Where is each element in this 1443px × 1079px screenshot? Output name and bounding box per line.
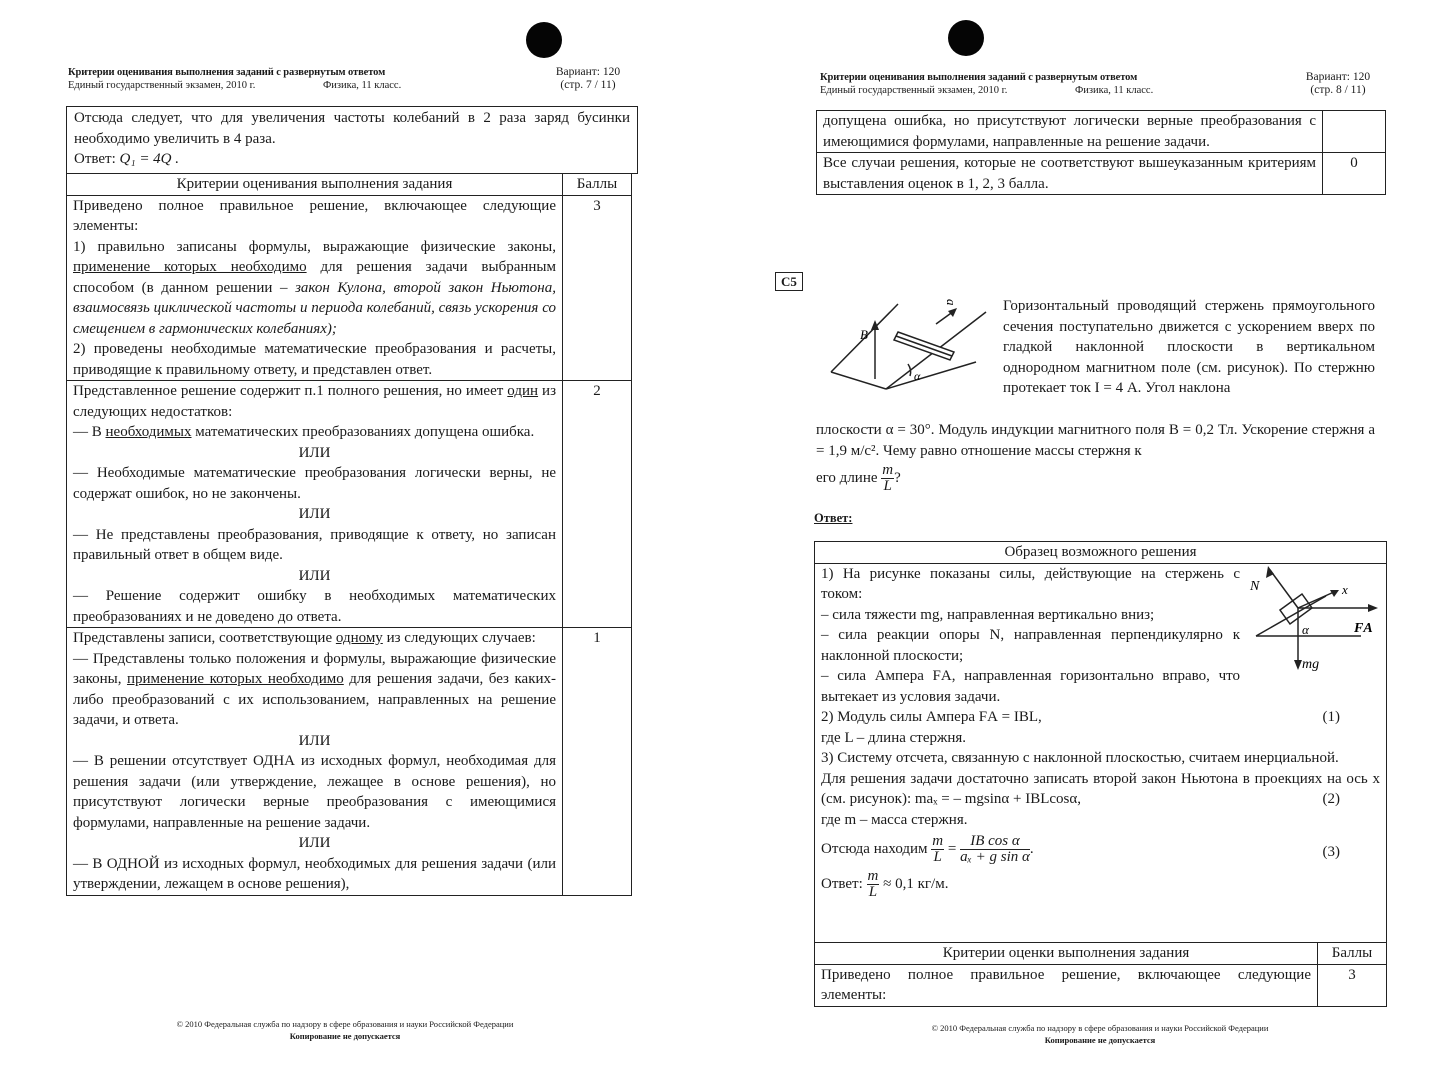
figure-label-FA: FА [1353, 621, 1373, 636]
solution-step-2: 2) Модуль силы Ампера FА = IBL, [821, 709, 1042, 725]
criteria-text: — Не представлены преобразования, привод… [73, 525, 556, 566]
page-header: Критерии оценивания выполнения заданий с… [820, 71, 1240, 97]
header-page: (стр. 8 / 11) [1298, 84, 1378, 97]
fraction-denominator: L [881, 479, 894, 494]
fraction-denominator: aₓ + g sin α [960, 850, 1030, 865]
or-separator: ИЛИ [73, 731, 556, 752]
or-separator: ИЛИ [73, 833, 556, 854]
criteria-text: Все случаи решения, которые не соответст… [817, 153, 1323, 195]
fraction-numerator: m [931, 834, 944, 850]
table-row: Все случаи решения, которые не соответст… [817, 153, 1386, 195]
criteria-text: — В [73, 424, 106, 440]
solution-step-3: 3) Систему отсчета, связанную с наклонно… [821, 748, 1380, 769]
figure-label-alpha: α [1302, 622, 1310, 637]
binder-hole [948, 20, 984, 56]
criteria-table: Критерии оценивания выполнения задания Б… [66, 173, 632, 896]
equation-number: (3) [1323, 842, 1381, 863]
intro-box: Отсюда следует, что для увеличения часто… [66, 106, 638, 174]
page-footer: © 2010 Федеральная служба по надзору в с… [110, 1018, 580, 1042]
header-title: Критерии оценивания выполнения заданий с… [68, 66, 488, 79]
footer-notice: Копирование не допускается [110, 1030, 580, 1042]
criteria-text-underlined: одному [336, 630, 383, 646]
figure-label-a: a [944, 299, 959, 306]
fraction-denominator: L [867, 885, 880, 900]
figure-label-x: x [1341, 582, 1348, 597]
table-row: Представленное решение содержит п.1 полн… [67, 381, 632, 628]
equation-number: (1) [1323, 707, 1381, 728]
header-title: Критерии оценивания выполнения заданий с… [820, 71, 1240, 84]
score-cell: 0 [1323, 153, 1386, 195]
or-separator: ИЛИ [73, 504, 556, 525]
criteria-text: математических преобразованиях допущена … [192, 424, 535, 440]
page-8: Критерии оценивания выполнения заданий с… [720, 0, 1443, 1079]
footer-notice: Копирование не допускается [860, 1034, 1340, 1046]
criteria-text-underlined: один [507, 383, 538, 399]
criteria-text: — Необходимые математические преобразова… [73, 463, 556, 504]
figure-label-mg: mg [1302, 657, 1319, 672]
fraction-denominator: L [931, 850, 944, 865]
criteria-table-continued: допущена ошибка, но присутствуют логичес… [816, 110, 1386, 195]
incline-rail-figure: B a α [826, 294, 1006, 394]
header-variant: Вариант: 120 [548, 66, 628, 79]
criteria-text: Приведено полное правильное решение, вкл… [73, 196, 556, 237]
solution-step-4b: где m – масса стержня. [821, 810, 1380, 831]
header-exam: Единый государственный экзамен, 2010 г. [820, 84, 1075, 97]
fraction-numerator: m [867, 869, 880, 885]
page-header: Критерии оценивания выполнения заданий с… [68, 66, 488, 92]
col-criteria-header: Критерии оценивания выполнения задания [67, 174, 563, 196]
col-criteria-header: Критерии оценки выполнения задания [815, 943, 1318, 965]
table-row: допущена ошибка, но присутствуют логичес… [817, 111, 1386, 153]
criteria-text: — В решении отсутствует ОДНА из исходных… [73, 751, 556, 833]
table-row: Представлены записи, соответствующие одн… [67, 628, 632, 896]
answer-label: Ответ: [814, 511, 852, 526]
or-separator: ИЛИ [73, 566, 556, 587]
header-page: (стр. 7 / 11) [548, 79, 628, 92]
col-score-header: Баллы [1318, 943, 1387, 965]
criteria-text: допущена ошибка, но присутствуют логичес… [817, 111, 1323, 153]
header-exam: Единый государственный экзамен, 2010 г. [68, 79, 323, 92]
score-cell: 3 [563, 195, 632, 381]
criteria-text: — Решение содержит ошибку в необходимых … [73, 586, 556, 627]
criteria-text: 1) правильно записаны формулы, выражающи… [73, 239, 556, 255]
criteria-text: Представлены записи, соответствующие [73, 630, 336, 646]
criteria-text: Представленное решение содержит п.1 полн… [73, 383, 507, 399]
solution-title: Образец возможного решения [815, 542, 1386, 564]
answer-label: Ответ: [821, 876, 863, 892]
figure-label-N: N [1249, 579, 1260, 594]
task-question-text: его длине [816, 470, 878, 486]
header-subject: Физика, 11 класс. [323, 79, 401, 92]
answer-formula: Q₁ = 4Q . [120, 151, 180, 167]
criteria-text: — В ОДНОЙ из исходных формул, необходимы… [73, 854, 556, 895]
score-cell [1323, 111, 1386, 153]
question-mark: ? [894, 470, 901, 486]
page-7: Критерии оценивания выполнения заданий с… [0, 0, 720, 1079]
score-cell: 3 [1318, 964, 1387, 1006]
footer-copyright: © 2010 Федеральная служба по надзору в с… [860, 1022, 1340, 1034]
footer-copyright: © 2010 Федеральная служба по надзору в с… [110, 1018, 580, 1030]
task-label: C5 [775, 272, 803, 291]
criteria-text: 2) проведены необходимые математические … [73, 339, 556, 380]
criteria-text-underlined: необходимых [106, 424, 192, 440]
task-text-bottom: плоскости α = 30°. Модуль индукции магни… [816, 420, 1375, 461]
or-separator: ИЛИ [73, 443, 556, 464]
criteria-text-underlined: применение которых необходимо [73, 259, 307, 275]
intro-text: Отсюда следует, что для увеличения часто… [74, 108, 630, 149]
solution-box: Образец возможного решения N x [814, 541, 1387, 943]
figure-label-B: B [860, 327, 868, 342]
table-row: Приведено полное правильное решение, вкл… [67, 195, 632, 381]
criteria-text: из следующих случаев: [383, 630, 536, 646]
header-variant-block: Вариант: 120 (стр. 7 / 11) [548, 66, 628, 92]
header-subject: Физика, 11 класс. [1075, 84, 1153, 97]
col-score-header: Баллы [563, 174, 632, 196]
binder-hole [526, 22, 562, 58]
score-cell: 2 [563, 381, 632, 628]
page-footer: © 2010 Федеральная служба по надзору в с… [860, 1022, 1340, 1046]
equation-number: (2) [1323, 789, 1381, 810]
table-row: Приведено полное правильное решение, вкл… [815, 964, 1387, 1006]
answer-label: Ответ: [74, 151, 116, 167]
header-variant: Вариант: 120 [1298, 71, 1378, 84]
criteria-table-c5: Критерии оценки выполнения задания Баллы… [814, 942, 1387, 1007]
fraction-numerator: IB cos α [960, 834, 1030, 850]
answer-value: ≈ 0,1 кг/м. [883, 876, 948, 892]
score-cell: 1 [563, 628, 632, 896]
figure-label-alpha: α [914, 369, 921, 383]
task-question: его длине mL? [816, 463, 1116, 494]
solution-step-4: Для решения задачи достаточно записать в… [821, 771, 1380, 808]
task-text-top: Горизонтальный проводящий стержень прямо… [1003, 296, 1375, 399]
force-diagram: N x FА α mg [1246, 564, 1386, 674]
criteria-text-underlined: применение которых необходимо [127, 671, 344, 687]
criteria-text: Приведено полное правильное решение, вкл… [815, 964, 1318, 1006]
solution-step-2b: где L – длина стержня. [821, 728, 1380, 749]
fraction-numerator: m [881, 463, 894, 479]
header-variant-block: Вариант: 120 (стр. 8 / 11) [1298, 71, 1378, 97]
solution-step-5: Отсюда находим [821, 841, 928, 857]
